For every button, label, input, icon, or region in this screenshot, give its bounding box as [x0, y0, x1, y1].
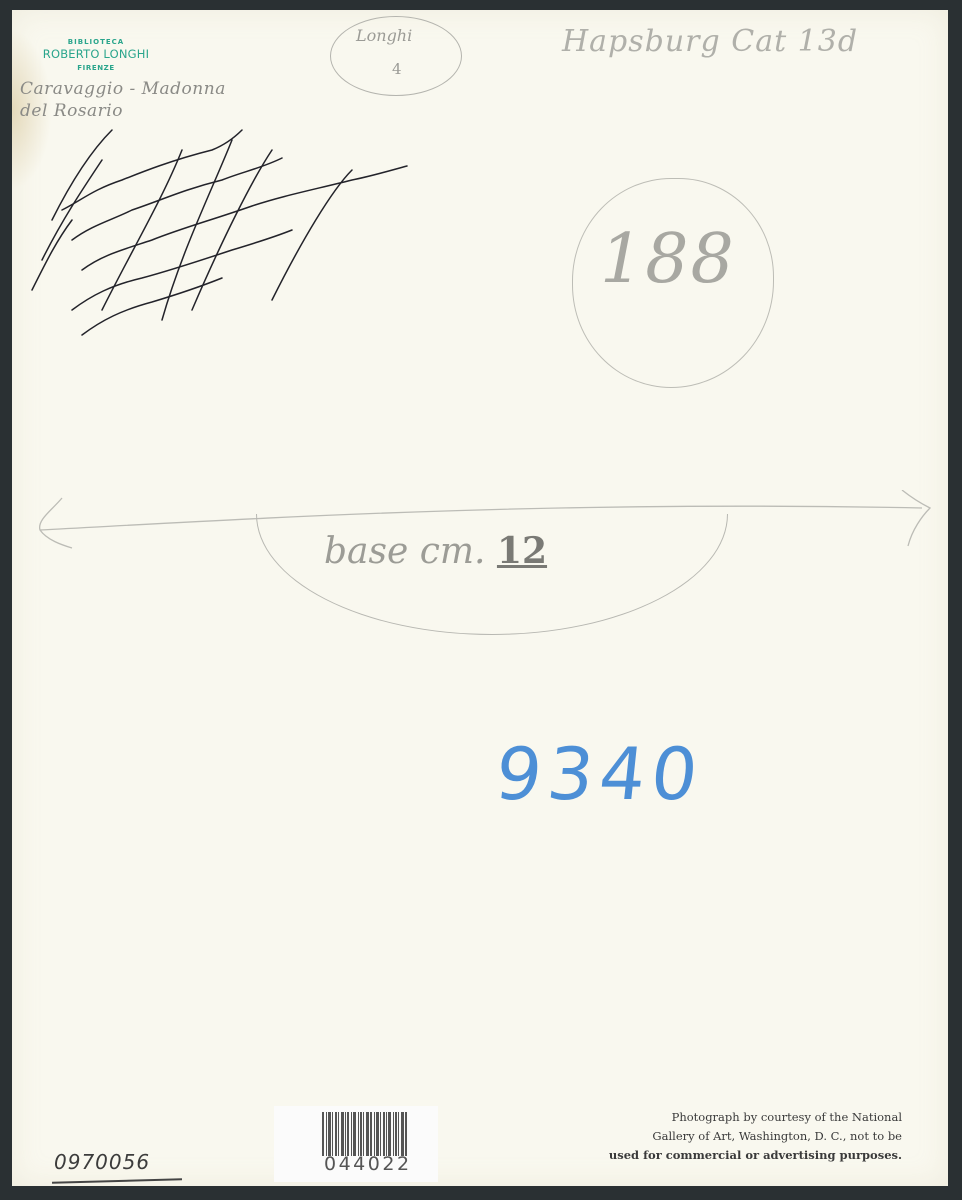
library-stamp: BIBLIOTECA ROBERTO LONGHI FIRENZE [26, 38, 166, 72]
credit-line-3: used for commercial or advertising purpo… [542, 1146, 902, 1165]
credit-line-1: Photograph by courtesy of the National [542, 1108, 902, 1127]
stamp-line-biblioteca: BIBLIOTECA [26, 38, 166, 46]
longhi-label: Longhi [356, 26, 412, 45]
reference-code: 0970056 [54, 1150, 150, 1174]
title-line-1: Caravaggio - Madonna [20, 78, 226, 100]
stamp-line-name: ROBERTO LONGHI [26, 47, 166, 61]
longhi-number: 4 [392, 60, 402, 78]
base-measure-note: base cm. 12 [324, 530, 547, 572]
barcode-bars-icon [322, 1112, 426, 1156]
barcode-number: 044022 [324, 1153, 434, 1175]
photo-verso-sheet: BIBLIOTECA ROBERTO LONGHI FIRENZE Carava… [12, 10, 948, 1186]
base-note-prefix: base cm. [324, 531, 485, 572]
circled-number: 188 [600, 220, 736, 299]
barcode-label: 044022 [274, 1106, 438, 1182]
reference-code-underline [52, 1178, 182, 1183]
stamp-line-city: FIRENZE [26, 64, 166, 72]
hapsburg-catalog-note: Hapsburg Cat 13d [562, 24, 858, 59]
blue-ink-number: 9340 [492, 732, 708, 816]
credit-line-2: Gallery of Art, Washington, D. C., not t… [542, 1127, 902, 1146]
ink-signature-scribble [12, 110, 412, 340]
base-note-value: 12 [497, 530, 547, 572]
photo-credit: Photograph by courtesy of the National G… [542, 1108, 902, 1165]
